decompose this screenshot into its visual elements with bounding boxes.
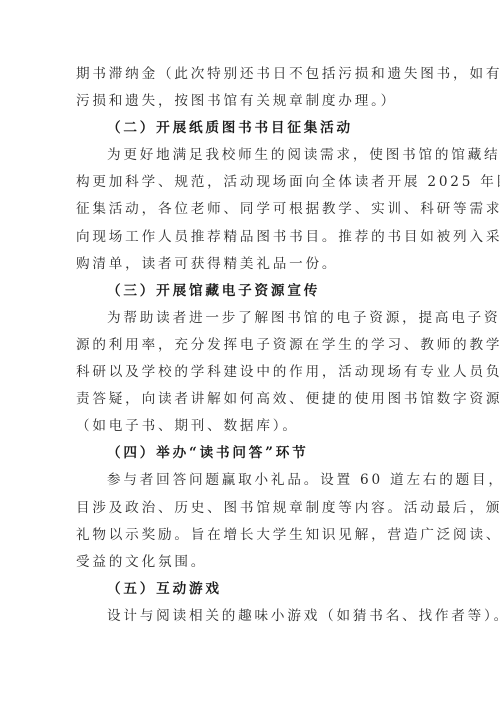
text-line: 向现场工作人员推荐精品图书书目。推荐的书目如被列入采 (76, 224, 426, 251)
section-heading-3: （三）开展馆藏电子资源宣传 (76, 278, 426, 305)
paragraph-overdue-fines: 期书滞纳金（此次特别还书日不包括污损和遗失图书，如有 污损和遗失，按图书馆有关规… (76, 61, 426, 115)
section-heading-5: （五）互动游戏 (76, 576, 426, 603)
text-line: 设计与阅读相关的趣味小游戏（如猜书名、找作者等）。 (76, 603, 426, 630)
text-line: 科研以及学校的学科建设中的作用，活动现场有专业人员负 (76, 359, 426, 386)
text-line: 为帮助读者进一步了解图书馆的电子资源，提高电子资 (76, 305, 426, 332)
text-line: （如电子书、期刊、数据库）。 (76, 413, 426, 440)
paragraph-e-resources: 为帮助读者进一步了解图书馆的电子资源，提高电子资 源的利用率，充分发挥电子资源在… (76, 305, 426, 440)
section-heading-4: （四）举办“读书问答”环节 (76, 440, 426, 467)
text-line: 责答疑，向读者讲解如何高效、便捷的使用图书馆数字资源 (76, 386, 426, 413)
document-body: 期书滞纳金（此次特别还书日不包括污损和遗失图书，如有 污损和遗失，按图书馆有关规… (76, 61, 426, 630)
text-line: 征集活动，各位老师、同学可根据教学、实训、科研等需求， (76, 196, 426, 223)
document-page: 期书滞纳金（此次特别还书日不包括污损和遗失图书，如有 污损和遗失，按图书馆有关规… (0, 0, 500, 707)
text-line: 期书滞纳金（此次特别还书日不包括污损和遗失图书，如有 (76, 61, 426, 88)
text-line: 源的利用率，充分发挥电子资源在学生的学习、教师的教学 (76, 332, 426, 359)
text-line: 礼物以示奖励。旨在增长大学生知识见解，营造广泛阅读、终身 (76, 522, 426, 549)
text-line: 为更好地满足我校师生的阅读需求，使图书馆的馆藏结 (76, 142, 426, 169)
section-heading-2: （二）开展纸质图书书目征集活动 (76, 115, 426, 142)
text-line: 构更加科学、规范，活动现场面向全体读者开展 2025 年图书 (76, 169, 426, 196)
text-line: 购清单，读者可获得精美礼品一份。 (76, 251, 426, 278)
paragraph-book-recommendation: 为更好地满足我校师生的阅读需求，使图书馆的馆藏结 构更加科学、规范，活动现场面向… (76, 142, 426, 277)
text-line: 目涉及政治、历史、图书馆规章制度等内容。活动最后，颁发小 (76, 495, 426, 522)
text-line: 参与者回答问题赢取小礼品。设置 60 道左右的题目，题 (76, 467, 426, 494)
text-line: 污损和遗失，按图书馆有关规章制度办理。） (76, 88, 426, 115)
paragraph-reading-quiz: 参与者回答问题赢取小礼品。设置 60 道左右的题目，题 目涉及政治、历史、图书馆… (76, 467, 426, 575)
paragraph-interactive-games: 设计与阅读相关的趣味小游戏（如猜书名、找作者等）。 (76, 603, 426, 630)
text-line: 受益的文化氛围。 (76, 549, 426, 576)
